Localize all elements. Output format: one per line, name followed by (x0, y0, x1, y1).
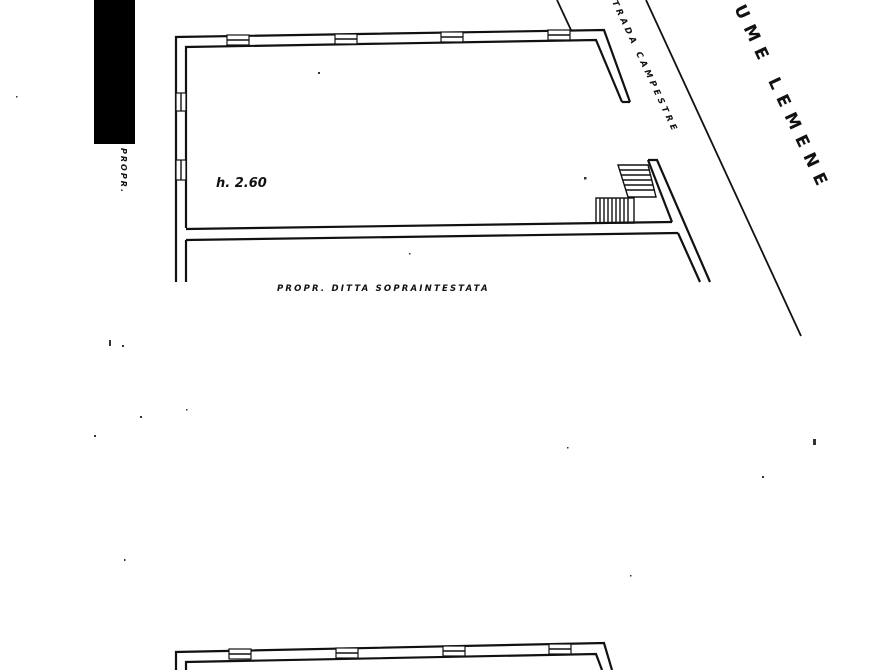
window-top-2 (335, 34, 357, 44)
window-top-3 (441, 32, 463, 42)
road-label: TRADA CAMPESTRE (609, 0, 680, 135)
stair-icon (596, 165, 656, 223)
property-bottom-label: PROPR. DITTA SOPRAINTESTATA (277, 284, 490, 294)
window-lower-3 (443, 646, 465, 656)
window-left-2 (176, 160, 186, 180)
window-lower-4 (549, 644, 571, 654)
redaction-bar (94, 0, 135, 144)
scan-noise (16, 72, 816, 577)
floor-plan-upper: h. 2.60 PROPR. DITTA SOPRAINTESTATA (176, 30, 710, 294)
floor-plan-lower-partial (176, 643, 612, 670)
window-top-1 (227, 35, 249, 45)
window-left-1 (176, 93, 186, 111)
room-height-label: h. 2.60 (216, 176, 267, 191)
window-lower-1 (229, 649, 251, 659)
window-top-4 (548, 30, 570, 40)
property-left-label: PROPR. (119, 148, 128, 194)
window-lower-2 (336, 648, 358, 658)
floor-plan-drawing: PROPR. (0, 0, 893, 670)
river-label: UME LEMENE (729, 2, 834, 196)
